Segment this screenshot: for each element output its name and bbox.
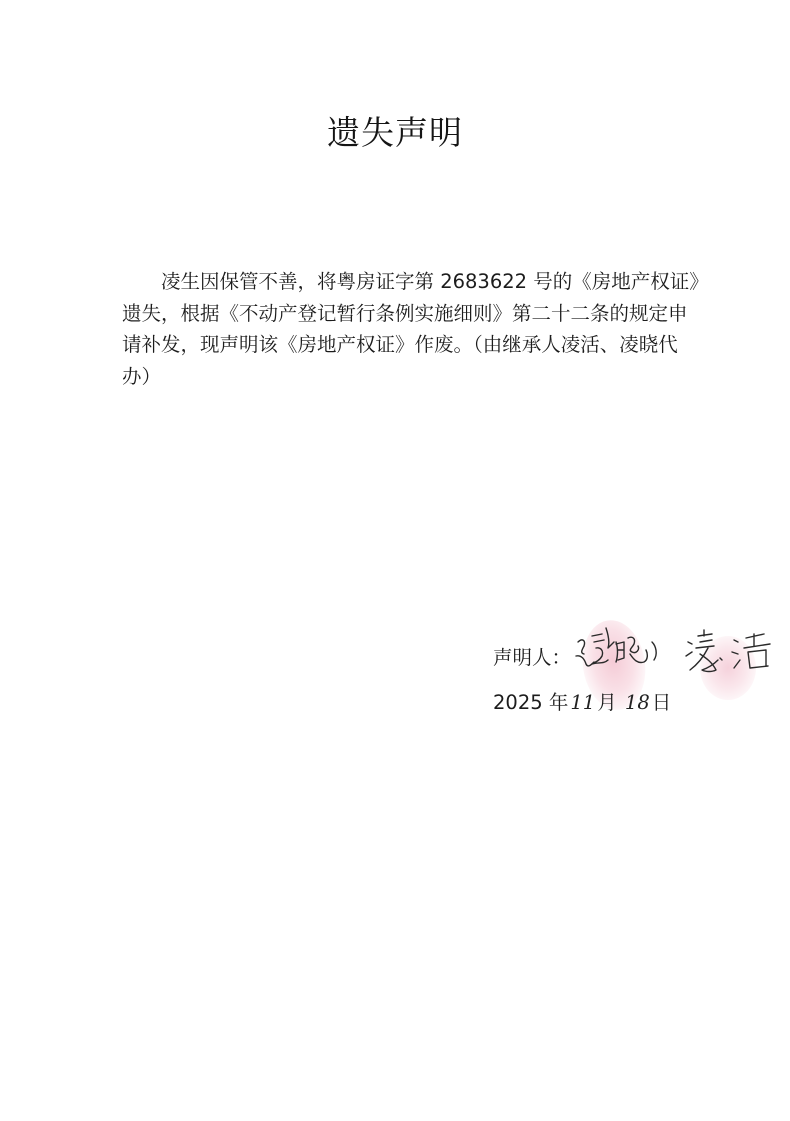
date-day-handwritten: 18 <box>625 689 650 717</box>
body-line-3: 请补发，现声明该《房地产权证》作废。（由继承人凌活、凌晓代 <box>122 329 662 361</box>
declaration-body: 凌生因保管不善，将粤房证字第 2683622 号的《房地产权证》 遗失，根据《不… <box>122 266 662 392</box>
body-line-4: 办） <box>122 361 662 393</box>
signature-ling-huo <box>682 624 782 680</box>
declarant-label: 声明人： <box>493 646 571 669</box>
date-year: 2025 <box>493 691 543 714</box>
signature-ling-xiao <box>572 620 667 680</box>
date-day-suffix: 日 <box>652 691 672 714</box>
date-year-suffix: 年 <box>549 691 569 714</box>
declarant-line: 声明人： <box>493 644 571 672</box>
declaration-date: 2025 年11月 18日 <box>493 689 671 717</box>
date-month-suffix: 月 <box>597 691 617 714</box>
body-line-1: 凌生因保管不善，将粤房证字第 2683622 号的《房地产权证》 <box>122 266 662 298</box>
fingerprint-stamp-2 <box>700 636 756 700</box>
body-line-2: 遗失，根据《不动产登记暂行条例实施细则》第二十二条的规定申 <box>122 298 662 330</box>
document-page: 遗失声明 凌生因保管不善，将粤房证字第 2683622 号的《房地产权证》 遗失… <box>0 0 790 1121</box>
document-title: 遗失声明 <box>0 112 790 154</box>
date-month-handwritten: 11 <box>570 689 595 717</box>
